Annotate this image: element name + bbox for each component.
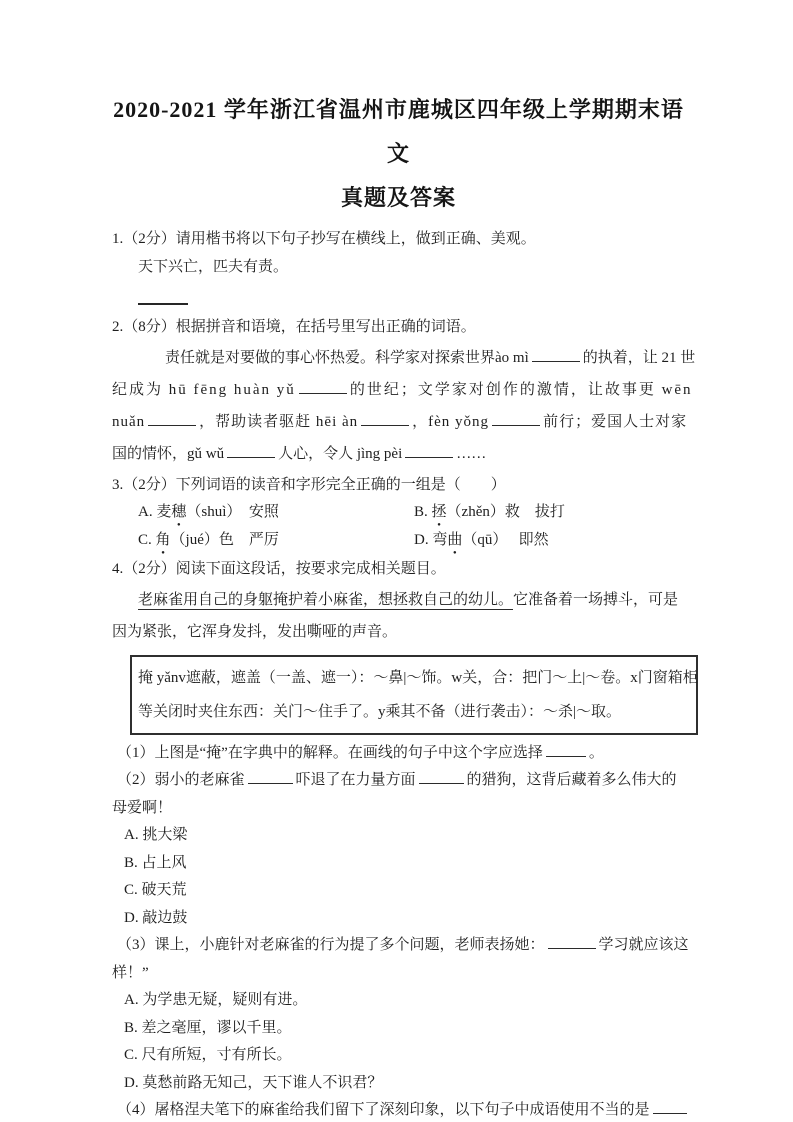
answer-blank <box>227 444 275 458</box>
q3-option-d-text2: （qū） 即然 <box>462 532 548 548</box>
answer-blank <box>299 380 347 394</box>
q2-l3-text2: ，帮助读者驱赶 hēi àn <box>199 414 358 430</box>
q4-sub3-text2: 学习就应该这 <box>599 937 689 953</box>
q2-l4-text3: …… <box>456 446 486 462</box>
q4-sub1: （1）上图是“掩”在字典中的解释。在画线的句子中这个字应选择。 <box>112 740 685 768</box>
dictionary-line-1: 掩 yǎnv遮蔽，遮盖（一盖、遮一）：～鼻|～饰。w关，合：把门～上|～卷。x门… <box>138 661 690 695</box>
exam-paper-page: 2020-2021 学年浙江省温州市鹿城区四年级上学期期末语文 真题及答案 1.… <box>0 0 793 1122</box>
q2-l1-text: 责任就是对要做的事心怀热爱。科学家对探索世界ào mì <box>165 350 529 366</box>
q4-sub2-text3: 的猎狗，这背后藏着多么伟大的 <box>467 772 677 788</box>
dictionary-entry-box: 掩 yǎnv遮蔽，遮盖（一盖、遮一）：～鼻|～饰。w关，合：把门～上|～卷。x门… <box>130 655 698 735</box>
answer-blank <box>532 348 580 362</box>
answer-blank <box>548 935 596 949</box>
q1-stem: 1.（2分）请用楷书将以下句子抄写在横线上，做到正确、美观。 <box>112 226 685 254</box>
q4-passage-line-2: 因为紧张，它浑身发抖，发出嘶哑的声音。 <box>112 616 685 648</box>
q4-sub2-option-d: D. 敲边鼓 <box>112 905 685 933</box>
q2-line-2: 纪成为 hū fēng huàn yǔ的世纪；文学家对创作的激情，让故事更 wē… <box>112 374 685 406</box>
q3-option-b-emphasized-char: 拯 <box>432 504 447 520</box>
q2-l2-text: 纪成为 hū fēng huàn yǔ <box>112 382 296 398</box>
q3-option-b: B. 拯（zhěn）救 拔打 <box>414 499 685 527</box>
q2-l3-text: nuǎn <box>112 414 145 430</box>
q4-sub3-line2: 样！” <box>112 960 685 988</box>
q3-options-row-1: A. 麦穗（shuì） 安照 B. 拯（zhěn）救 拔打 <box>112 499 685 527</box>
q2-l2-text2: 的世纪；文学家对创作的激情，让故事更 wēn <box>350 382 693 398</box>
answer-blank <box>419 770 464 784</box>
q3-option-b-text: B. <box>414 504 432 520</box>
dictionary-line-2: 等关闭时夹住东西：关门～住手了。y乘其不备（进行袭击）：～杀|～取。 <box>138 695 690 729</box>
answer-blank <box>361 412 409 426</box>
q3-option-d: D. 弯曲（qū） 即然 <box>414 527 685 555</box>
page-title-line2: 真题及答案 <box>112 176 685 220</box>
q4-sub4: （4）屠格涅夫笔下的麻雀给我们留下了深刻印象，以下句子中成语使用不当的是 <box>112 1097 685 1122</box>
q2-stem: 2.（8分）根据拼音和语境，在括号里写出正确的词语。 <box>112 314 685 342</box>
q4-stem: 4.（2分）阅读下面这段话，按要求完成相关题目。 <box>112 556 685 584</box>
q3-option-d-emphasized-char: 曲 <box>447 532 462 548</box>
q3-options-row-2: C. 角（jué）色 严厉 D. 弯曲（qū） 即然 <box>112 527 685 555</box>
answer-blank <box>546 743 586 757</box>
q4-sub2-line2: 母爱啊！ <box>112 795 685 823</box>
answer-blank <box>492 412 540 426</box>
answer-blank <box>405 444 453 458</box>
q4-sub2-text2: 吓退了在力量方面 <box>296 772 416 788</box>
q4-passage-underlined: 老麻雀用自己的身躯掩护着小麻雀，想拯救自己的幼儿。 <box>138 592 513 610</box>
answer-blank <box>653 1100 687 1114</box>
q4-sub3-option-a: A. 为学患无疑，疑则有进。 <box>112 987 685 1015</box>
q4-sub3-option-b: B. 差之毫厘，谬以千里。 <box>112 1015 685 1043</box>
q2-l3-text4: 前行；爱国人士对家 <box>543 414 687 430</box>
q2-line-4: 国的情怀，gǔ wǔ人心，令人 jìng pèi…… <box>112 438 685 470</box>
q4-sub3-option-c: C. 尺有所短，寸有所长。 <box>112 1042 685 1070</box>
q3-stem: 3.（2分）下列词语的读音和字形完全正确的一组是（ ） <box>112 472 685 500</box>
q4-sub2: （2）弱小的老麻雀吓退了在力量方面的猎狗，这背后藏着多么伟大的 <box>112 767 685 795</box>
q2-l4-text2: 人心，令人 jìng pèi <box>278 446 402 462</box>
answer-blank <box>248 770 293 784</box>
q3-option-c-emphasized-char: 角 <box>156 532 171 548</box>
q4-sub4-text: （4）屠格涅夫笔下的麻雀给我们留下了深刻印象，以下句子中成语使用不当的是 <box>117 1102 650 1118</box>
q2-line-3: nuǎn，帮助读者驱赶 hēi àn，fèn yǒng前行；爱国人士对家 <box>112 406 685 438</box>
q2-line-1: 责任就是对要做的事心怀热爱。科学家对探索世界ào mì的执着，让 21 世 <box>112 342 685 374</box>
q3-option-c-text: C. <box>138 532 156 548</box>
q4-sub3-option-d: D. 莫愁前路无知己，天下谁人不识君？ <box>112 1070 685 1098</box>
answer-blank <box>148 412 196 426</box>
q4-sub3: （3）课上，小鹿针对老麻雀的行为提了多个问题，老师表扬她：学习就应该这 <box>112 932 685 960</box>
q3-option-b-text2: （zhěn）救 拔打 <box>447 504 565 520</box>
page-title-line1: 2020-2021 学年浙江省温州市鹿城区四年级上学期期末语文 <box>112 88 685 176</box>
q3-option-c: C. 角（jué）色 严厉 <box>138 527 414 555</box>
q2-l3-text3: ，fèn yǒng <box>412 414 489 430</box>
q4-sub2-text: （2）弱小的老麻雀 <box>117 772 245 788</box>
q4-sub2-option-a: A. 挑大梁 <box>112 822 685 850</box>
q4-sub2-option-c: C. 破天荒 <box>112 877 685 905</box>
q4-passage-rest: 它准备着一场搏斗，可是 <box>513 592 678 608</box>
q3-option-d-text: D. 弯 <box>414 532 447 548</box>
q4-sub2-option-b: B. 占上风 <box>112 850 685 878</box>
q1-answer-line <box>138 303 188 305</box>
q3-option-a-emphasized-char: 穗 <box>171 504 186 520</box>
q3-option-a-text: A. 麦 <box>138 504 171 520</box>
page-title: 2020-2021 学年浙江省温州市鹿城区四年级上学期期末语文 真题及答案 <box>112 88 685 220</box>
q2-l4-text: 国的情怀，gǔ wǔ <box>112 446 224 462</box>
q4-passage-line-1: 老麻雀用自己的身躯掩护着小麻雀，想拯救自己的幼儿。它准备着一场搏斗，可是 <box>112 584 685 616</box>
q3-option-a: A. 麦穗（shuì） 安照 <box>138 499 414 527</box>
q3-option-a-text2: （shuì） 安照 <box>186 504 279 520</box>
q4-sub1-text2: 。 <box>589 745 604 761</box>
q1-sentence: 天下兴亡，匹夫有责。 <box>112 254 685 282</box>
q4-sub3-text: （3）课上，小鹿针对老麻雀的行为提了多个问题，老师表扬她： <box>117 937 545 953</box>
q2-l1-text2: 的执着，让 21 世 <box>583 350 696 366</box>
q3-option-c-text2: （jué）色 严厉 <box>171 532 279 548</box>
q4-sub1-text: （1）上图是“掩”在字典中的解释。在画线的句子中这个字应选择 <box>117 745 543 761</box>
